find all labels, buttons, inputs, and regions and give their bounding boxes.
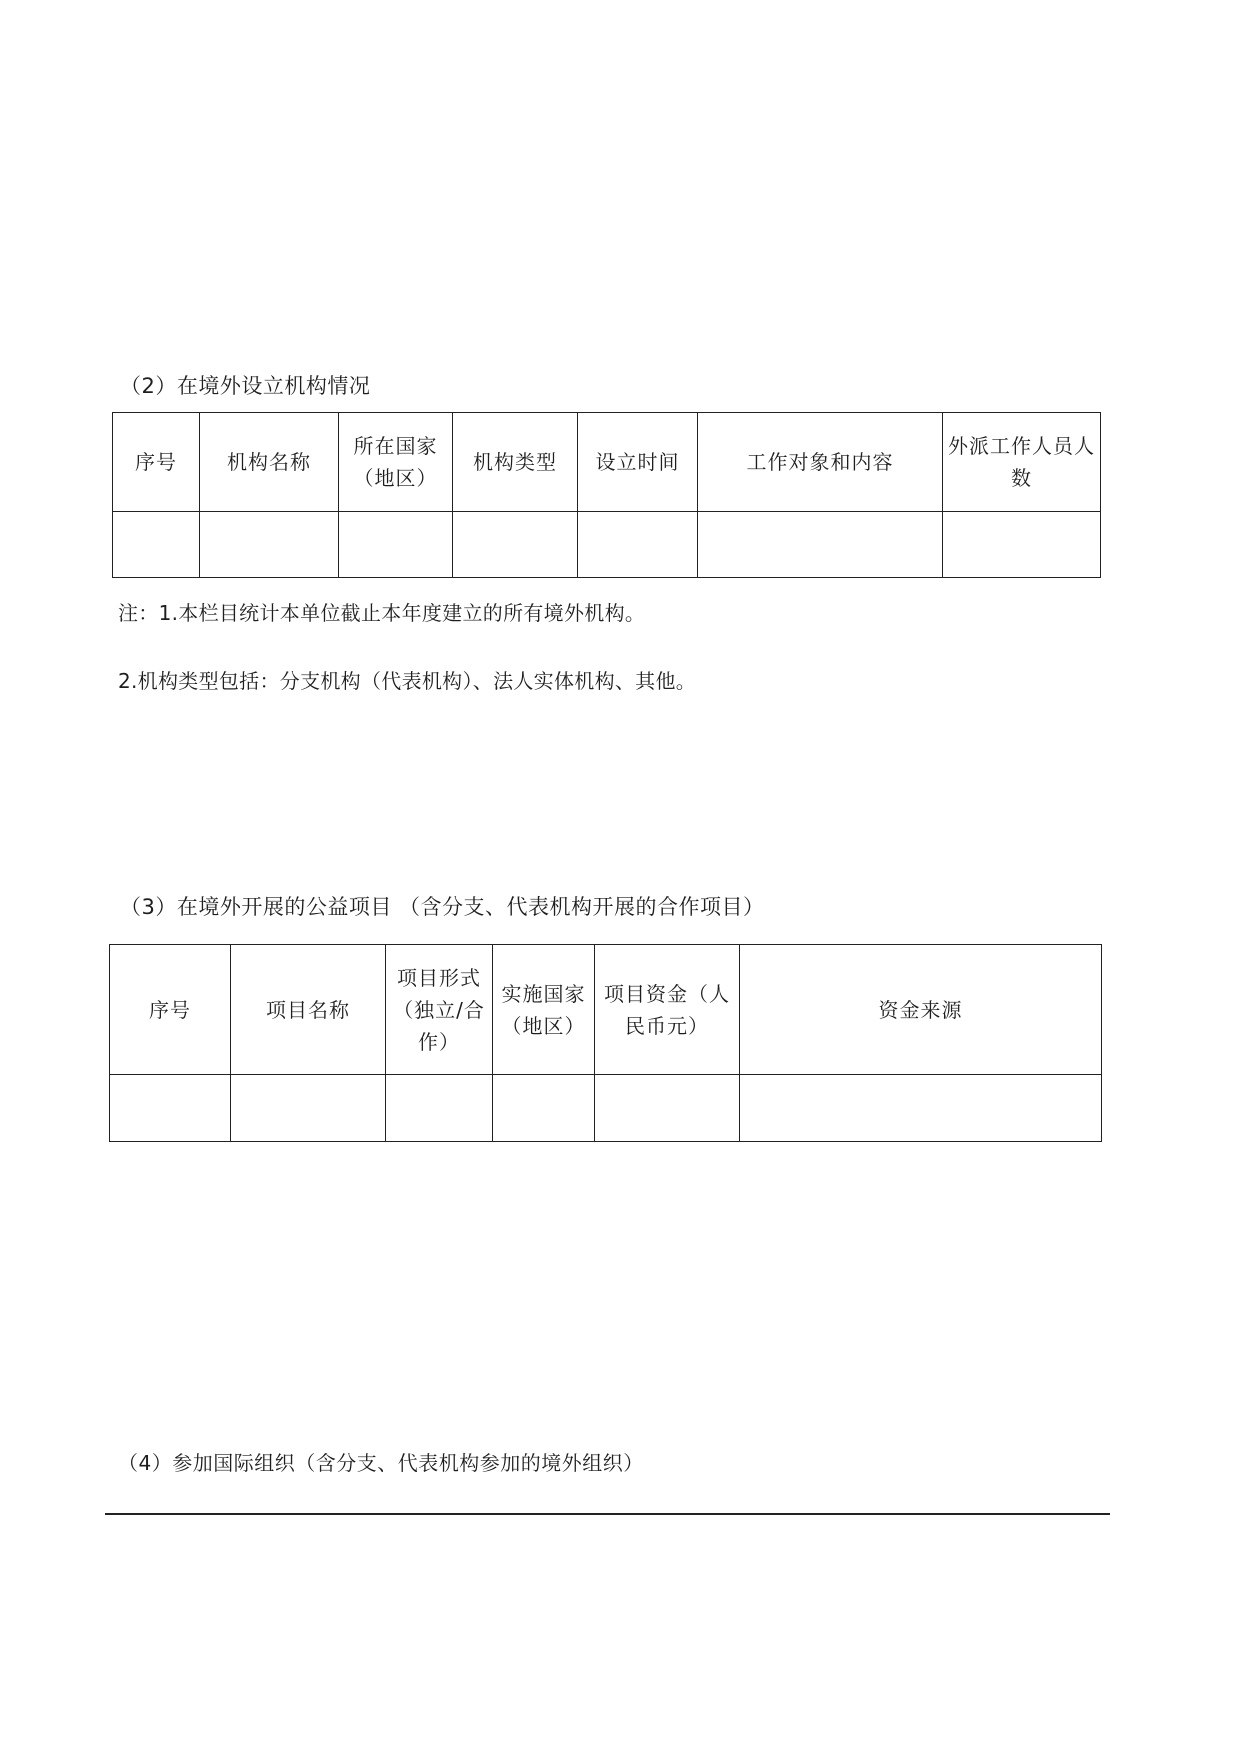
cell-established-time[interactable] [578, 512, 698, 578]
section4-answer[interactable] [105, 1480, 1110, 1512]
header-project-funds: 项目资金（人民币元） [595, 945, 740, 1075]
cell-project-form[interactable] [386, 1075, 493, 1142]
cell-institution-type[interactable] [453, 512, 578, 578]
section2-title: （2）在境外设立机构情况 [120, 370, 370, 400]
cell-project-funds[interactable] [595, 1075, 740, 1142]
cell-serial[interactable] [110, 1075, 231, 1142]
table-header-row: 序号 项目名称 项目形式（独立/合作） 实施国家（地区） 项目资金（人民币元） … [110, 945, 1102, 1075]
header-project-name: 项目名称 [231, 945, 386, 1075]
table-row [110, 1075, 1102, 1142]
table-header-row: 序号 机构名称 所在国家（地区） 机构类型 设立时间 工作对象和内容 外派工作人… [113, 413, 1101, 512]
section4-title: （4）参加国际组织（含分支、代表机构参加的境外组织） [118, 1447, 644, 1476]
header-work-content: 工作对象和内容 [698, 413, 943, 512]
cell-funding-source[interactable] [740, 1075, 1102, 1142]
cell-serial[interactable] [113, 512, 200, 578]
note-1: 注：1.本栏目统计本单位截止本年度建立的所有境外机构。 [118, 597, 645, 626]
cell-country-region[interactable] [339, 512, 453, 578]
note-2: 2.机构类型包括：分支机构（代表机构）、法人实体机构、其他。 [118, 665, 696, 694]
cell-staff-count[interactable] [943, 512, 1101, 578]
header-established-time: 设立时间 [578, 413, 698, 512]
header-implementing-country: 实施国家（地区） [493, 945, 595, 1075]
header-serial: 序号 [110, 945, 231, 1075]
header-staff-count: 外派工作人员人数 [943, 413, 1101, 512]
overseas-institutions-table: 序号 机构名称 所在国家（地区） 机构类型 设立时间 工作对象和内容 外派工作人… [112, 412, 1101, 578]
header-project-form: 项目形式（独立/合作） [386, 945, 493, 1075]
cell-implementing-country[interactable] [493, 1075, 595, 1142]
header-institution-name: 机构名称 [200, 413, 339, 512]
header-serial: 序号 [113, 413, 200, 512]
header-institution-type: 机构类型 [453, 413, 578, 512]
table-row [113, 512, 1101, 578]
answer-line [105, 1513, 1110, 1515]
public-welfare-projects-table: 序号 项目名称 项目形式（独立/合作） 实施国家（地区） 项目资金（人民币元） … [109, 944, 1102, 1142]
cell-work-content[interactable] [698, 512, 943, 578]
cell-institution-name[interactable] [200, 512, 339, 578]
section3-title: （3）在境外开展的公益项目 （含分支、代表机构开展的合作项目） [120, 891, 765, 921]
header-country-region: 所在国家（地区） [339, 413, 453, 512]
header-funding-source: 资金来源 [740, 945, 1102, 1075]
cell-project-name[interactable] [231, 1075, 386, 1142]
